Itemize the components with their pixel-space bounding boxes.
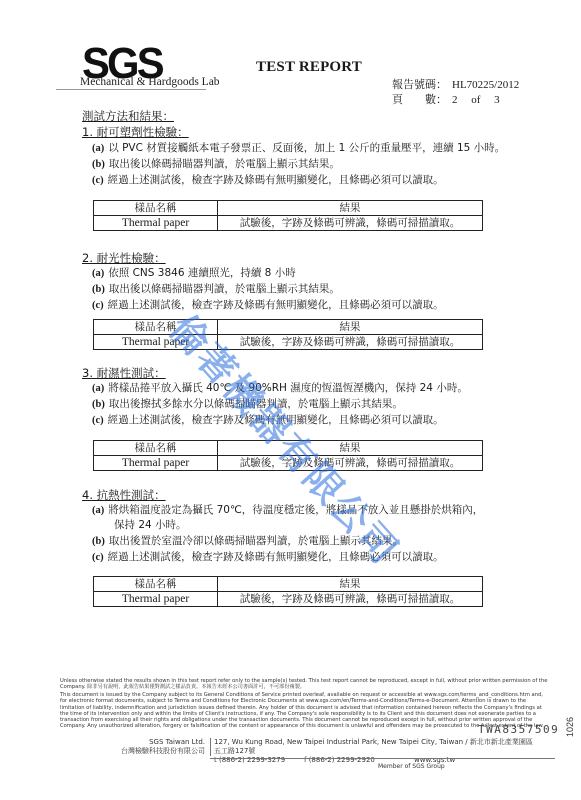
- section-title: 測試方法和結果：: [82, 108, 174, 124]
- footer-rule: [210, 758, 555, 759]
- test-2-result-table: 樣品名稱結果 Thermal paper試驗後，字跡及條碼可辨識，條碼可掃描讀取…: [93, 319, 483, 350]
- table-header-sample: 樣品名稱: [94, 201, 218, 216]
- table-header-sample: 樣品名稱: [94, 441, 218, 456]
- page-value: 2 of 3: [452, 93, 500, 108]
- test-2-heading: 2. 耐光性檢驗：: [82, 250, 166, 266]
- test-2-step-c: (c)經過上述測試後，檢查字跡及條碼有無明顯變化，且條碼必須可以讀取。: [92, 297, 444, 314]
- result-text: 試驗後，字跡及條碼可辨識，條碼可掃描讀取。: [218, 216, 483, 231]
- result-text: 試驗後，字跡及條碼可辨識，條碼可掃描讀取。: [218, 592, 483, 607]
- page-label: 頁 數：: [392, 93, 452, 108]
- test-4-heading: 4. 抗熱性測試：: [82, 487, 166, 503]
- table-header-sample: 樣品名稱: [94, 577, 218, 592]
- test-4-step-a-cont: 保持 24 小時。: [114, 517, 187, 533]
- test-2-step-b: (b)取出後以條碼掃瞄器判讀，於電腦上顯示其結果。: [92, 281, 340, 298]
- test-1-step-c: (c)經過上述測試後，檢查字跡及條碼有無明顯變化，且條碼必須可以讀取。: [92, 172, 444, 189]
- report-no-label: 報告號碼：: [392, 78, 452, 93]
- footer-company: SGS Taiwan Ltd. 台灣檢驗科技股份有限公司: [85, 738, 205, 756]
- side-number: 1026: [565, 717, 575, 737]
- sample-name: Thermal paper: [94, 456, 218, 471]
- sample-name: Thermal paper: [94, 592, 218, 607]
- footer-address-block: 127, Wu Kung Road, New Taipei Industrial…: [214, 738, 534, 765]
- serial-number: TWA8357509: [478, 723, 559, 736]
- table-header-result: 結果: [218, 320, 483, 335]
- sample-name: Thermal paper: [94, 216, 218, 231]
- address: 127, Wu Kung Road, New Taipei Industrial…: [214, 738, 534, 756]
- test-1-result-table: 樣品名稱結果 Thermal paper試驗後，字跡及條碼可辨識，條碼可掃描讀取…: [93, 200, 483, 231]
- company-zh: 台灣檢驗科技股份有限公司: [85, 747, 205, 756]
- company-en: SGS Taiwan Ltd.: [85, 738, 205, 747]
- test-2-step-a: (a)依照 CNS 3846 連續照光，持續 8 小時: [92, 265, 296, 282]
- test-1-heading: 1. 耐可塑劑性檢驗：: [82, 124, 189, 140]
- header-divider: [56, 89, 206, 90]
- disclaimer-2: This document is issued by the Company s…: [60, 692, 550, 730]
- result-text: 試驗後，字跡及條碼可辨識，條碼可掃描讀取。: [218, 335, 483, 350]
- test-3-heading: 3. 耐濕性測試：: [82, 365, 166, 381]
- report-meta: 報告號碼：HL70225/2012 頁 數：2 of 3: [392, 78, 519, 108]
- page-title: TEST REPORT: [256, 59, 362, 76]
- lab-name: Mechanical & Hardgoods Lab: [80, 76, 220, 88]
- table-header-result: 結果: [218, 577, 483, 592]
- table-header-result: 結果: [218, 201, 483, 216]
- test-1-step-a: (a)以 PVC 材質接觸紙本電子發票正、反面後，加上 1 公斤的重量壓平，連續…: [92, 140, 505, 157]
- footer-divider: [210, 738, 211, 756]
- test-4-result-table: 樣品名稱結果 Thermal paper試驗後，字跡及條碼可辨識，條碼可掃描讀取…: [93, 576, 483, 607]
- disclaimer-1: Unless otherwise stated the results show…: [60, 678, 550, 691]
- test-1-step-b: (b)取出後以條碼掃瞄器判讀，於電腦上顯示其結果。: [92, 156, 340, 173]
- report-no: HL70225/2012: [452, 78, 519, 93]
- member-text: Member of SGS Group: [378, 762, 445, 771]
